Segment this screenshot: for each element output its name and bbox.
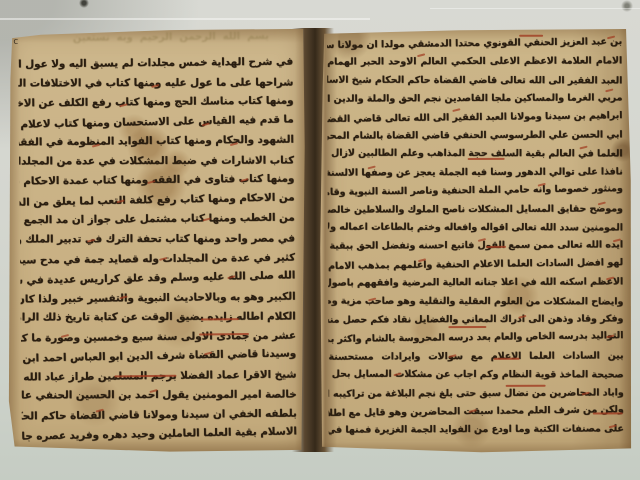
manuscript-line: كثير في عدة من المجلدات وله قصايد جمة في… (20, 251, 295, 271)
red-underline-mark (519, 35, 543, 37)
red-underline-mark (448, 326, 486, 328)
manuscript-line: العبد الفقير الى الله تعالى قاضي القضاة … (327, 74, 622, 92)
manuscript-line: التواليد بدرسه الخاص والعام بعد درسه الم… (328, 330, 623, 351)
manuscript-line: بين السادات العلما الاعلام مع سوالات واي… (328, 350, 623, 368)
manuscript-line: في مصر واحد ومنها كتاب تحفة الترك في تدب… (20, 232, 295, 250)
manuscript-line: ولكن من شرف العلم محمدا سبقت المحاضرين و… (329, 404, 624, 425)
manuscript-page-right: بن عبد العزيز الحنفي القونوي محتدا الدمش… (318, 26, 632, 454)
manuscript-line: من الخطب ومنها كتاب مشتمل على جواز ان مد… (20, 212, 295, 232)
manuscript-line: الله صلى الله عليه وسلم وقد علق كراريس ع… (20, 269, 295, 291)
manuscript-line: واباد المحاضرين من نضال سبق حتى بلغ نجم … (329, 387, 624, 405)
manuscript-line: عشر من جمادى الاولى سنة سبع وخمسين وصورة… (21, 329, 296, 349)
manuscript-page-left: c بسم الله الرحمن الرحيم وبه نستعينفي شر… (5, 28, 305, 452)
manuscript-line: وسيدنا قاضي القضاة شرف الدين ابو العباس … (21, 348, 296, 370)
manuscript-line: ما قدم فيه القياس على الاستحسان ومنها كت… (19, 113, 294, 135)
manuscript-line: بلطفه الخفي ان سيدنا ومولانا قاضي القضاة… (22, 407, 297, 427)
manuscript-line: ومنها كتاب مناسك الحج ومنها كتاب رفع الك… (19, 95, 294, 115)
red-underline-mark (468, 158, 505, 160)
manuscript-line: ومنثور خصوصا وانه حامي الملة الحنفية ونا… (328, 183, 623, 204)
text-block-right: بن عبد العزيز الحنفي القونوي محتدا الدمش… (317, 25, 633, 454)
manuscript-line: من الاحكام ومنها كتاب رفع كلفة التعب لما… (19, 191, 294, 213)
manuscript-line: مربي الغرما والمساكين ملجا القاصدين نجم … (327, 93, 622, 111)
ghost-text-line: بسم الله الرحمن الرحيم وبه نستعين (73, 31, 269, 48)
manuscript-line: ابي الحسن علي الطرسوسي الحنفي قاضي القضا… (328, 129, 623, 147)
manuscript-line: كتاب الاشارات في ضبط المشكلات في عدة من … (19, 154, 294, 172)
manuscript-line: وفكر وقاد وذهن الى ادراك المعاني والفضاي… (328, 313, 623, 331)
manuscript-line: الكبير وهو به وبالاحاديث النبوية والتفسي… (21, 290, 296, 310)
manuscript-line: صحيحة الماخذ قوية النظام وكم اجاب عن مشك… (329, 369, 624, 387)
red-underline-mark (593, 412, 623, 414)
manuscript-line: بن عبد العزيز الحنفي القونوي محتدا الدمش… (327, 36, 622, 57)
red-underline-mark (486, 246, 506, 248)
manuscript-line: العلما في العالم بقية السلف حجة المذاهب … (328, 148, 623, 166)
manuscript-line: خالصة امير المومنين يقول احمد بن الحسين … (22, 389, 297, 407)
manuscript-line: في شرح الهداية خمس مجلدات لم يسبق اليه و… (18, 56, 293, 76)
red-underline-mark (494, 358, 520, 360)
manuscript-line: على مصنفات الكتبة وما اودع من الفوايد ال… (329, 424, 624, 442)
manuscript-line: الاعظم اسكنه الله في اعلا جنانه العالية … (328, 277, 623, 295)
manuscript-line: الاسلام بقية العلما العاملين وحيد دهره و… (22, 426, 297, 448)
manuscript-line: الامام العلامة الاعظم الاعلى الحكمي العا… (327, 56, 622, 74)
manuscript-line: لهو افضل السادات العلما الاعلام الحنفية … (328, 257, 623, 278)
manuscript-line: نافذا على توالي الدهور وسنا فيه الجملة ي… (328, 166, 623, 184)
manuscript-line: الشهود والحكام ومنها كتاب الفوايد المنظو… (19, 134, 294, 154)
manuscript-line: المومنين سدد الله تعالى اقواله وافعاله و… (328, 222, 623, 240)
manuscript-line: ومنها كتاب فتاوى في الفقه ومنها كتاب عمد… (19, 173, 294, 193)
manuscript-line: وموضح حقايق المسايل المشكلات ناصح الملوك… (328, 203, 623, 221)
manuscript-photo: c بسم الله الرحمن الرحيم وبه نستعينفي شر… (0, 0, 640, 480)
manuscript-line: ابراهيم بن سيدنا ومولانا العبد الفقير ال… (327, 110, 622, 131)
manuscript-line: الكلام اطاله زايده يضيق الوقت عن كتابة ت… (21, 311, 296, 329)
manuscript-line: شيخ الاقرا عماد الفضلا برجم المسلمين طرا… (21, 368, 296, 388)
text-block-left: بسم الله الرحمن الرحيم وبه نستعينفي شرح … (3, 26, 307, 453)
red-underline-mark (506, 385, 546, 387)
manuscript-line: ايده الله تعالى ممن سمع القول فاتبع احسن… (328, 240, 623, 258)
